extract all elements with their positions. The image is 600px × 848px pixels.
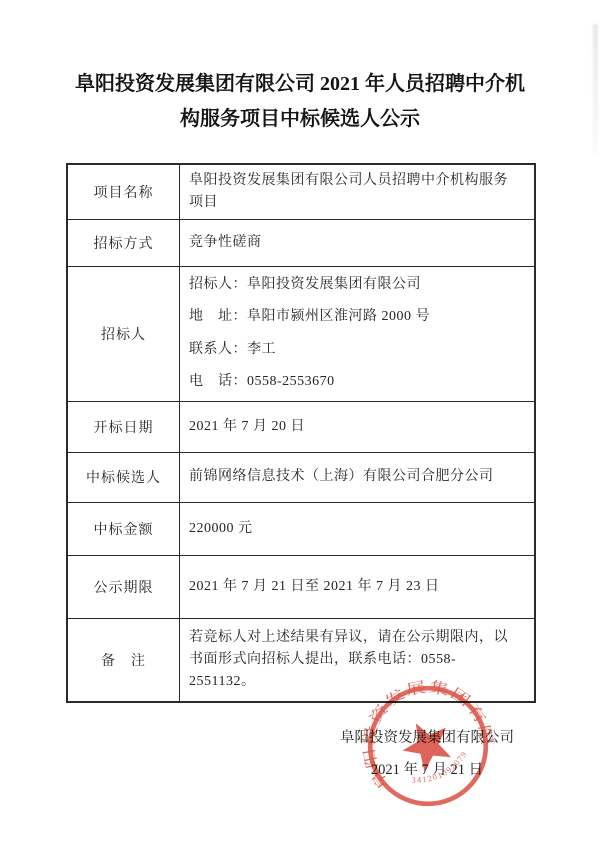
row-value: 竞争性磋商 [180, 219, 536, 266]
table-row-winning-candidate: 中标候选人 前锦网络信息技术（上海）有限公司合肥分公司 [67, 452, 535, 502]
row-label: 备 注 [67, 618, 180, 702]
table-row-project-name: 项目名称 阜阳投资发展集团有限公司人员招聘中介机构服务项目 [67, 164, 535, 219]
table-row-publicity-period: 公示期限 2021 年 7 月 21 日至 2021 年 7 月 23 日 [67, 555, 535, 618]
table-row-tenderer: 招标人 招标人：阜阳投资发展集团有限公司 地 址：阜阳市颍州区淮河路 2000 … [67, 266, 535, 401]
row-value: 招标人：阜阳投资发展集团有限公司 地 址：阜阳市颍州区淮河路 2000 号 联系… [180, 266, 536, 401]
table-row-winning-amount: 中标金额 220000 元 [67, 502, 535, 555]
row-label: 开标日期 [67, 401, 180, 452]
row-label: 中标候选人 [67, 452, 180, 502]
page-title-line1: 阜阳投资发展集团有限公司 2021 年人员招聘中介机 [0, 67, 600, 102]
tenderer-contact-line: 联系人：李工 [189, 334, 522, 367]
page-title: 阜阳投资发展集团有限公司 2021 年人员招聘中介机 构服务项目中标候选人公示 [0, 67, 600, 137]
row-value: 220000 元 [180, 502, 536, 555]
row-value: 若竞标人对上述结果有异议，请在公示期限内，以书面形式向招标人提出，联系电话：05… [180, 618, 536, 702]
signature-company: 阜阳投资发展集团有限公司 [340, 722, 514, 754]
table-row-remarks: 备 注 若竞标人对上述结果有异议，请在公示期限内，以书面形式向招标人提出，联系电… [67, 618, 535, 702]
row-value: 前锦网络信息技术（上海）有限公司合肥分公司 [180, 452, 536, 502]
document-page: 阜阳投资发展集团有限公司 2021 年人员招聘中介机 构服务项目中标候选人公示 … [0, 0, 600, 848]
row-value: 阜阳投资发展集团有限公司人员招聘中介机构服务项目 [180, 164, 536, 219]
row-value: 2021 年 7 月 20 日 [180, 401, 536, 452]
tenderer-address-line: 地 址：阜阳市颍州区淮河路 2000 号 [189, 301, 522, 334]
tenderer-name-line: 招标人：阜阳投资发展集团有限公司 [189, 269, 522, 302]
table-row-bid-opening-date: 开标日期 2021 年 7 月 20 日 [67, 401, 535, 452]
table-row-bidding-method: 招标方式 竞争性磋商 [67, 219, 535, 266]
row-label: 公示期限 [67, 555, 180, 618]
row-label: 中标金额 [67, 502, 180, 555]
row-value: 2021 年 7 月 21 日至 2021 年 7 月 23 日 [180, 555, 536, 618]
announcement-table: 项目名称 阜阳投资发展集团有限公司人员招聘中介机构服务项目 招标方式 竞争性磋商… [66, 163, 536, 703]
row-label: 招标方式 [67, 219, 180, 266]
signature-block: 阜阳投资发展集团有限公司 2021 年 7 月 21 日 [340, 722, 514, 786]
signature-date: 2021 年 7 月 21 日 [340, 754, 514, 786]
row-label: 项目名称 [67, 164, 180, 219]
tenderer-phone-line: 电 话：0558-2553670 [189, 366, 522, 399]
page-title-line2: 构服务项目中标候选人公示 [0, 102, 600, 137]
row-label: 招标人 [67, 266, 180, 401]
